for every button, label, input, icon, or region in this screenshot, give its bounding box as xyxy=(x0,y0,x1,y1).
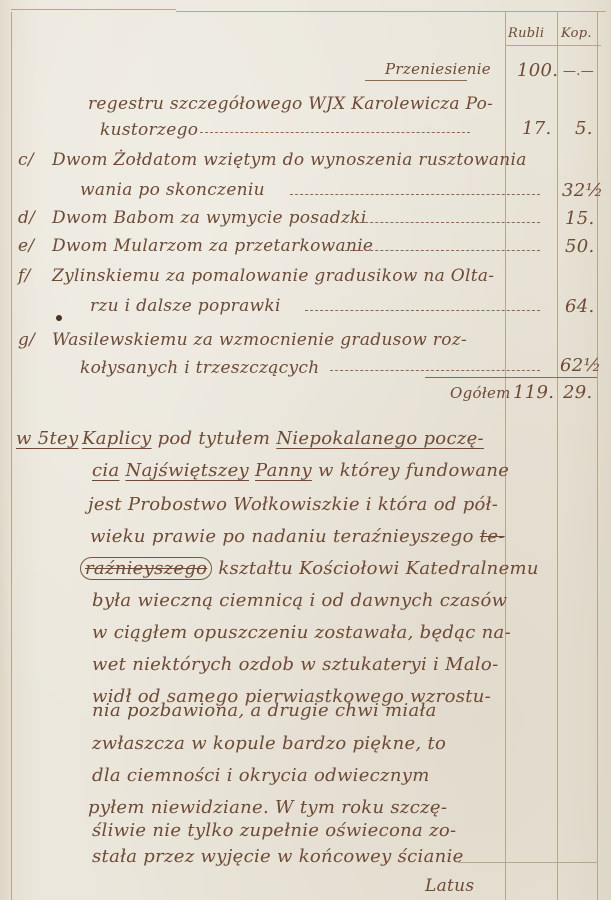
entry-f-line-1: Zylinskiemu za pomalowanie gradusikow na… xyxy=(52,266,494,286)
leader-dashes xyxy=(350,222,540,223)
entry-g-line-1: Wasilewskiemu za wzmocnienie gradusow ro… xyxy=(52,330,467,350)
total-label: Ogółem xyxy=(450,384,511,402)
entry-g-line-2: kołysanych i trzeszczących xyxy=(80,358,319,378)
carry-forward-label: Przeniesienie xyxy=(385,60,491,78)
section-line-6: była wieczną ciemnicą i od dawnych czasó… xyxy=(92,590,507,611)
ledger-page: Rubli Kop. Przeniesienie 100. —.— regest… xyxy=(0,0,611,900)
amount-column-left-rule xyxy=(505,12,506,900)
column-header-rubli: Rubli xyxy=(508,26,544,41)
section-marker: w 5tey xyxy=(16,428,78,449)
entry-d-marker: d/ xyxy=(18,208,35,228)
immaculate-conception-phrase: Niepokalanego poczę- xyxy=(276,428,484,449)
section-line-13: pyłem niewidziane. W tym roku szczę- xyxy=(88,797,447,818)
entry-c-line-2: wania po skonczeniu xyxy=(80,180,265,200)
column-header-kop: Kop. xyxy=(561,26,592,41)
top-rule-right xyxy=(176,11,606,12)
leader-dashes xyxy=(290,194,540,195)
section-line-3: jest Probostwo Wołkowiszkie i która od p… xyxy=(88,494,498,515)
leader-dashes xyxy=(345,250,540,251)
entry-b-kop: 5. xyxy=(575,118,593,139)
carry-forward-rubli: 100. xyxy=(517,60,558,81)
subtotal-rule xyxy=(425,377,597,378)
entry-c-line-1: Dwom Żołdatom wziętym do wynoszenia rusz… xyxy=(52,150,527,170)
entry-g-kop: 62½ xyxy=(560,355,601,376)
entry-e-kop: 50. xyxy=(565,236,595,257)
latus-label: Latus xyxy=(425,876,474,896)
entry-g-marker: g/ xyxy=(18,330,35,350)
entry-c-kop: 32½ xyxy=(562,180,603,201)
entry-d-kop: 15. xyxy=(565,208,595,229)
struck-word: te- xyxy=(480,526,505,547)
chapel-word: Kaplicy xyxy=(82,428,152,449)
total-kop: 29. xyxy=(563,382,593,403)
section-line-4: wieku prawie po nadaniu teraźnieyszego t… xyxy=(90,526,505,547)
entry-b-line-2: kustorzego xyxy=(100,120,198,140)
header-underline-rule xyxy=(505,45,601,46)
leader-dashes xyxy=(305,310,540,311)
entry-e-marker: e/ xyxy=(18,236,34,256)
entry-e-line-1: Dwom Mularzom za przetarkowanie xyxy=(52,236,373,256)
entry-f-kop: 64. xyxy=(565,296,595,317)
section-line-5: raźnieyszego kształtu Kościołowi Katedra… xyxy=(80,558,539,579)
top-rule xyxy=(11,9,176,10)
section-line-14: śliwie nie tylko zupełnie oświecona zo- xyxy=(92,820,456,841)
total-rubli: 119. xyxy=(513,382,554,403)
rubli-kop-divider-rule xyxy=(557,12,558,900)
carry-forward-kop: —.— xyxy=(563,64,594,79)
entry-b-rubli: 17. xyxy=(522,118,552,139)
section-line-12: dla ciemności i okrycia odwiecznym xyxy=(92,765,430,786)
entry-f-marker: f/ xyxy=(18,266,31,286)
section-line-7: w ciągłem opuszczeniu zostawała, będąc n… xyxy=(92,622,511,643)
entry-f-line-2: rzu i dalsze poprawki xyxy=(90,296,281,316)
section-line-15: stała przez wyjęcie w końcowey ścianie xyxy=(92,846,464,867)
ink-blot xyxy=(56,315,62,321)
right-edge-rule xyxy=(597,12,598,900)
section-line-1: Kaplicy pod tytułem Niepokalanego poczę- xyxy=(82,428,484,449)
section-line-8: wet niektórych ozdob w sztukateryi i Mal… xyxy=(92,654,498,675)
left-margin-rule xyxy=(11,12,12,900)
section-line-10: nia pozbawiona, a drugie chwi miała xyxy=(92,700,437,721)
entry-d-line-1: Dwom Babom za wymycie posadzki xyxy=(52,208,367,228)
entry-b-line-1: regestru szczegółowego WJX Karolewicza P… xyxy=(88,94,493,114)
leader-dashes xyxy=(200,132,470,133)
leader-dashes xyxy=(330,370,540,371)
entry-c-marker: c/ xyxy=(18,150,34,170)
carry-forward-underline xyxy=(365,80,467,81)
latus-rule xyxy=(458,862,598,863)
section-line-11: zwłaszcza w kopule bardzo piękne, to xyxy=(92,733,446,754)
struck-circled-word: raźnieyszego xyxy=(80,557,212,580)
section-line-2: cia Najświętszey Panny w którey fundowan… xyxy=(92,460,509,481)
